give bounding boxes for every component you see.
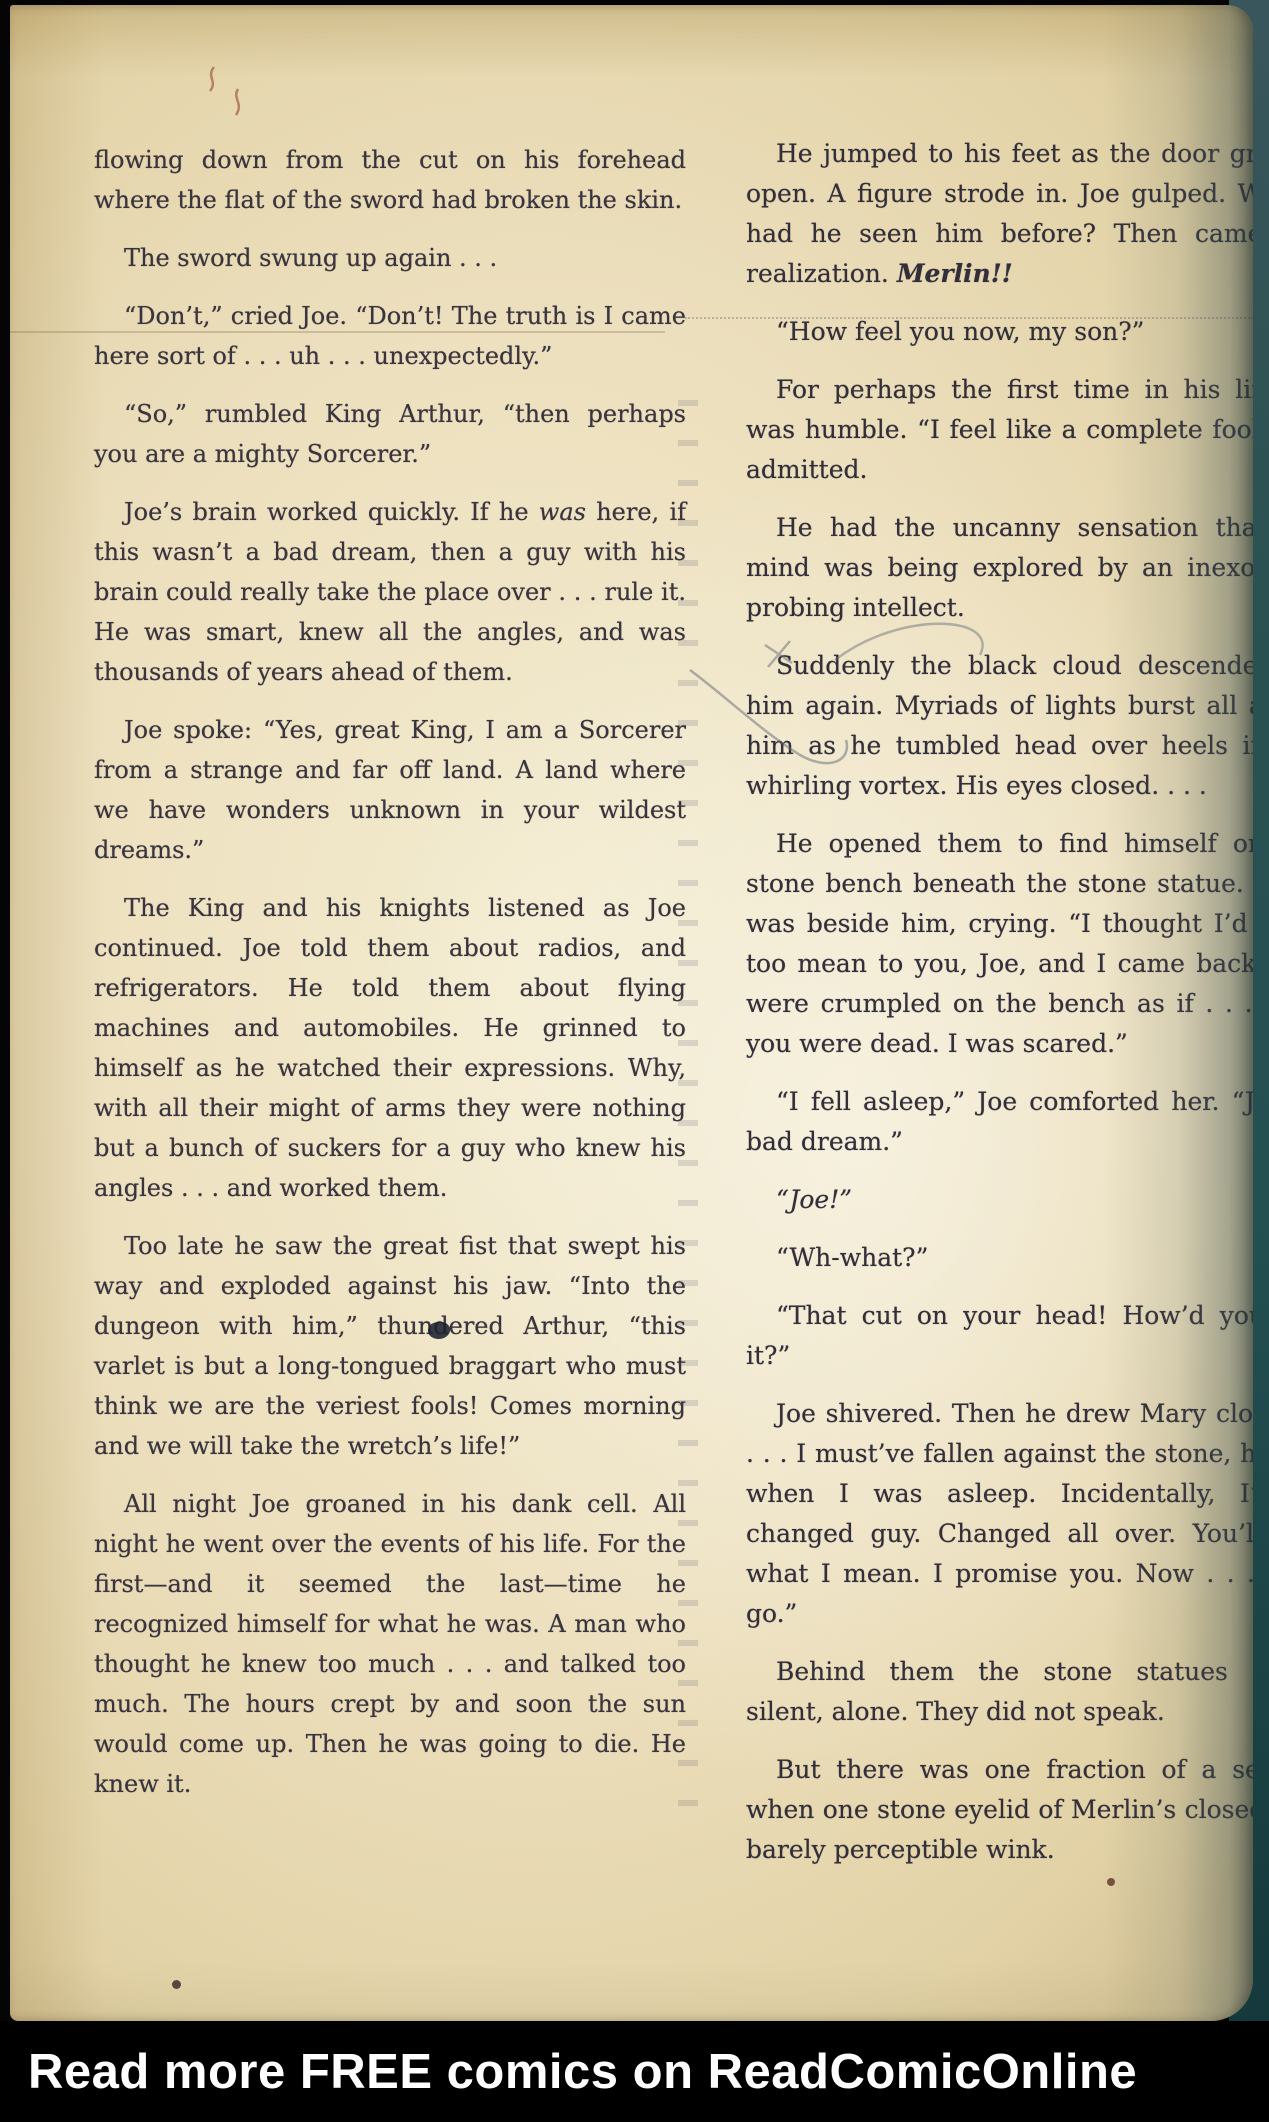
paragraph: Suddenly the black cloud descended on hi… xyxy=(746,646,1253,806)
paragraph: The sword swung up again . . . xyxy=(94,238,686,278)
crease-line xyxy=(10,331,665,333)
scan-page: flowing down from the cut on his forehea… xyxy=(0,0,1269,2122)
ink-dot xyxy=(172,1980,181,1989)
paragraph: All night Joe groaned in his dank cell. … xyxy=(94,1484,686,1804)
ink-dot xyxy=(1107,1878,1115,1886)
banner: Read more FREE comics on ReadComicOnline xyxy=(0,2021,1269,2122)
paragraph: “So,” rumbled King Arthur, “then perhaps… xyxy=(94,394,686,474)
banner-text: Read more FREE comics on ReadComicOnline xyxy=(28,2044,1137,2100)
paragraph: Behind them the stone statues stood sile… xyxy=(746,1652,1253,1732)
paragraph: “I fell asleep,” Joe comforted her. “Jus… xyxy=(746,1082,1253,1162)
paragraph: He jumped to his feet as the door ground… xyxy=(746,134,1253,294)
paragraph: “That cut on your head! How’d you get it… xyxy=(746,1296,1253,1376)
paragraph: “Joe!” xyxy=(746,1180,1253,1220)
paragraph: Joe spoke: “Yes, great King, I am a Sorc… xyxy=(94,710,686,870)
red-doodle xyxy=(210,67,239,115)
paragraph: Joe shivered. Then he drew Mary close. “… xyxy=(746,1394,1253,1634)
paragraph: For perhaps the first time in his life h… xyxy=(746,370,1253,490)
paragraph: flowing down from the cut on his forehea… xyxy=(94,140,686,220)
paragraph: Joe’s brain worked quickly. If he was he… xyxy=(94,492,686,692)
right-column: He jumped to his feet as the door ground… xyxy=(746,134,1253,1888)
paragraph: The King and his knights listened as Joe… xyxy=(94,888,686,1208)
paragraph: He had the uncanny sensation that his mi… xyxy=(746,508,1253,628)
paragraph: But there was one fraction of a second w… xyxy=(746,1750,1253,1870)
paragraph: He opened them to find himself on the st… xyxy=(746,824,1253,1064)
paragraph: Too late he saw the great fist that swep… xyxy=(94,1226,686,1466)
paper-sheet: flowing down from the cut on his forehea… xyxy=(10,5,1253,2021)
left-column: flowing down from the cut on his forehea… xyxy=(94,140,686,1822)
paragraph: “Don’t,” cried Joe. “Don’t! The truth is… xyxy=(94,296,686,376)
paragraph: “Wh-what?” xyxy=(746,1238,1253,1278)
crease-line-dotted xyxy=(685,317,1253,319)
